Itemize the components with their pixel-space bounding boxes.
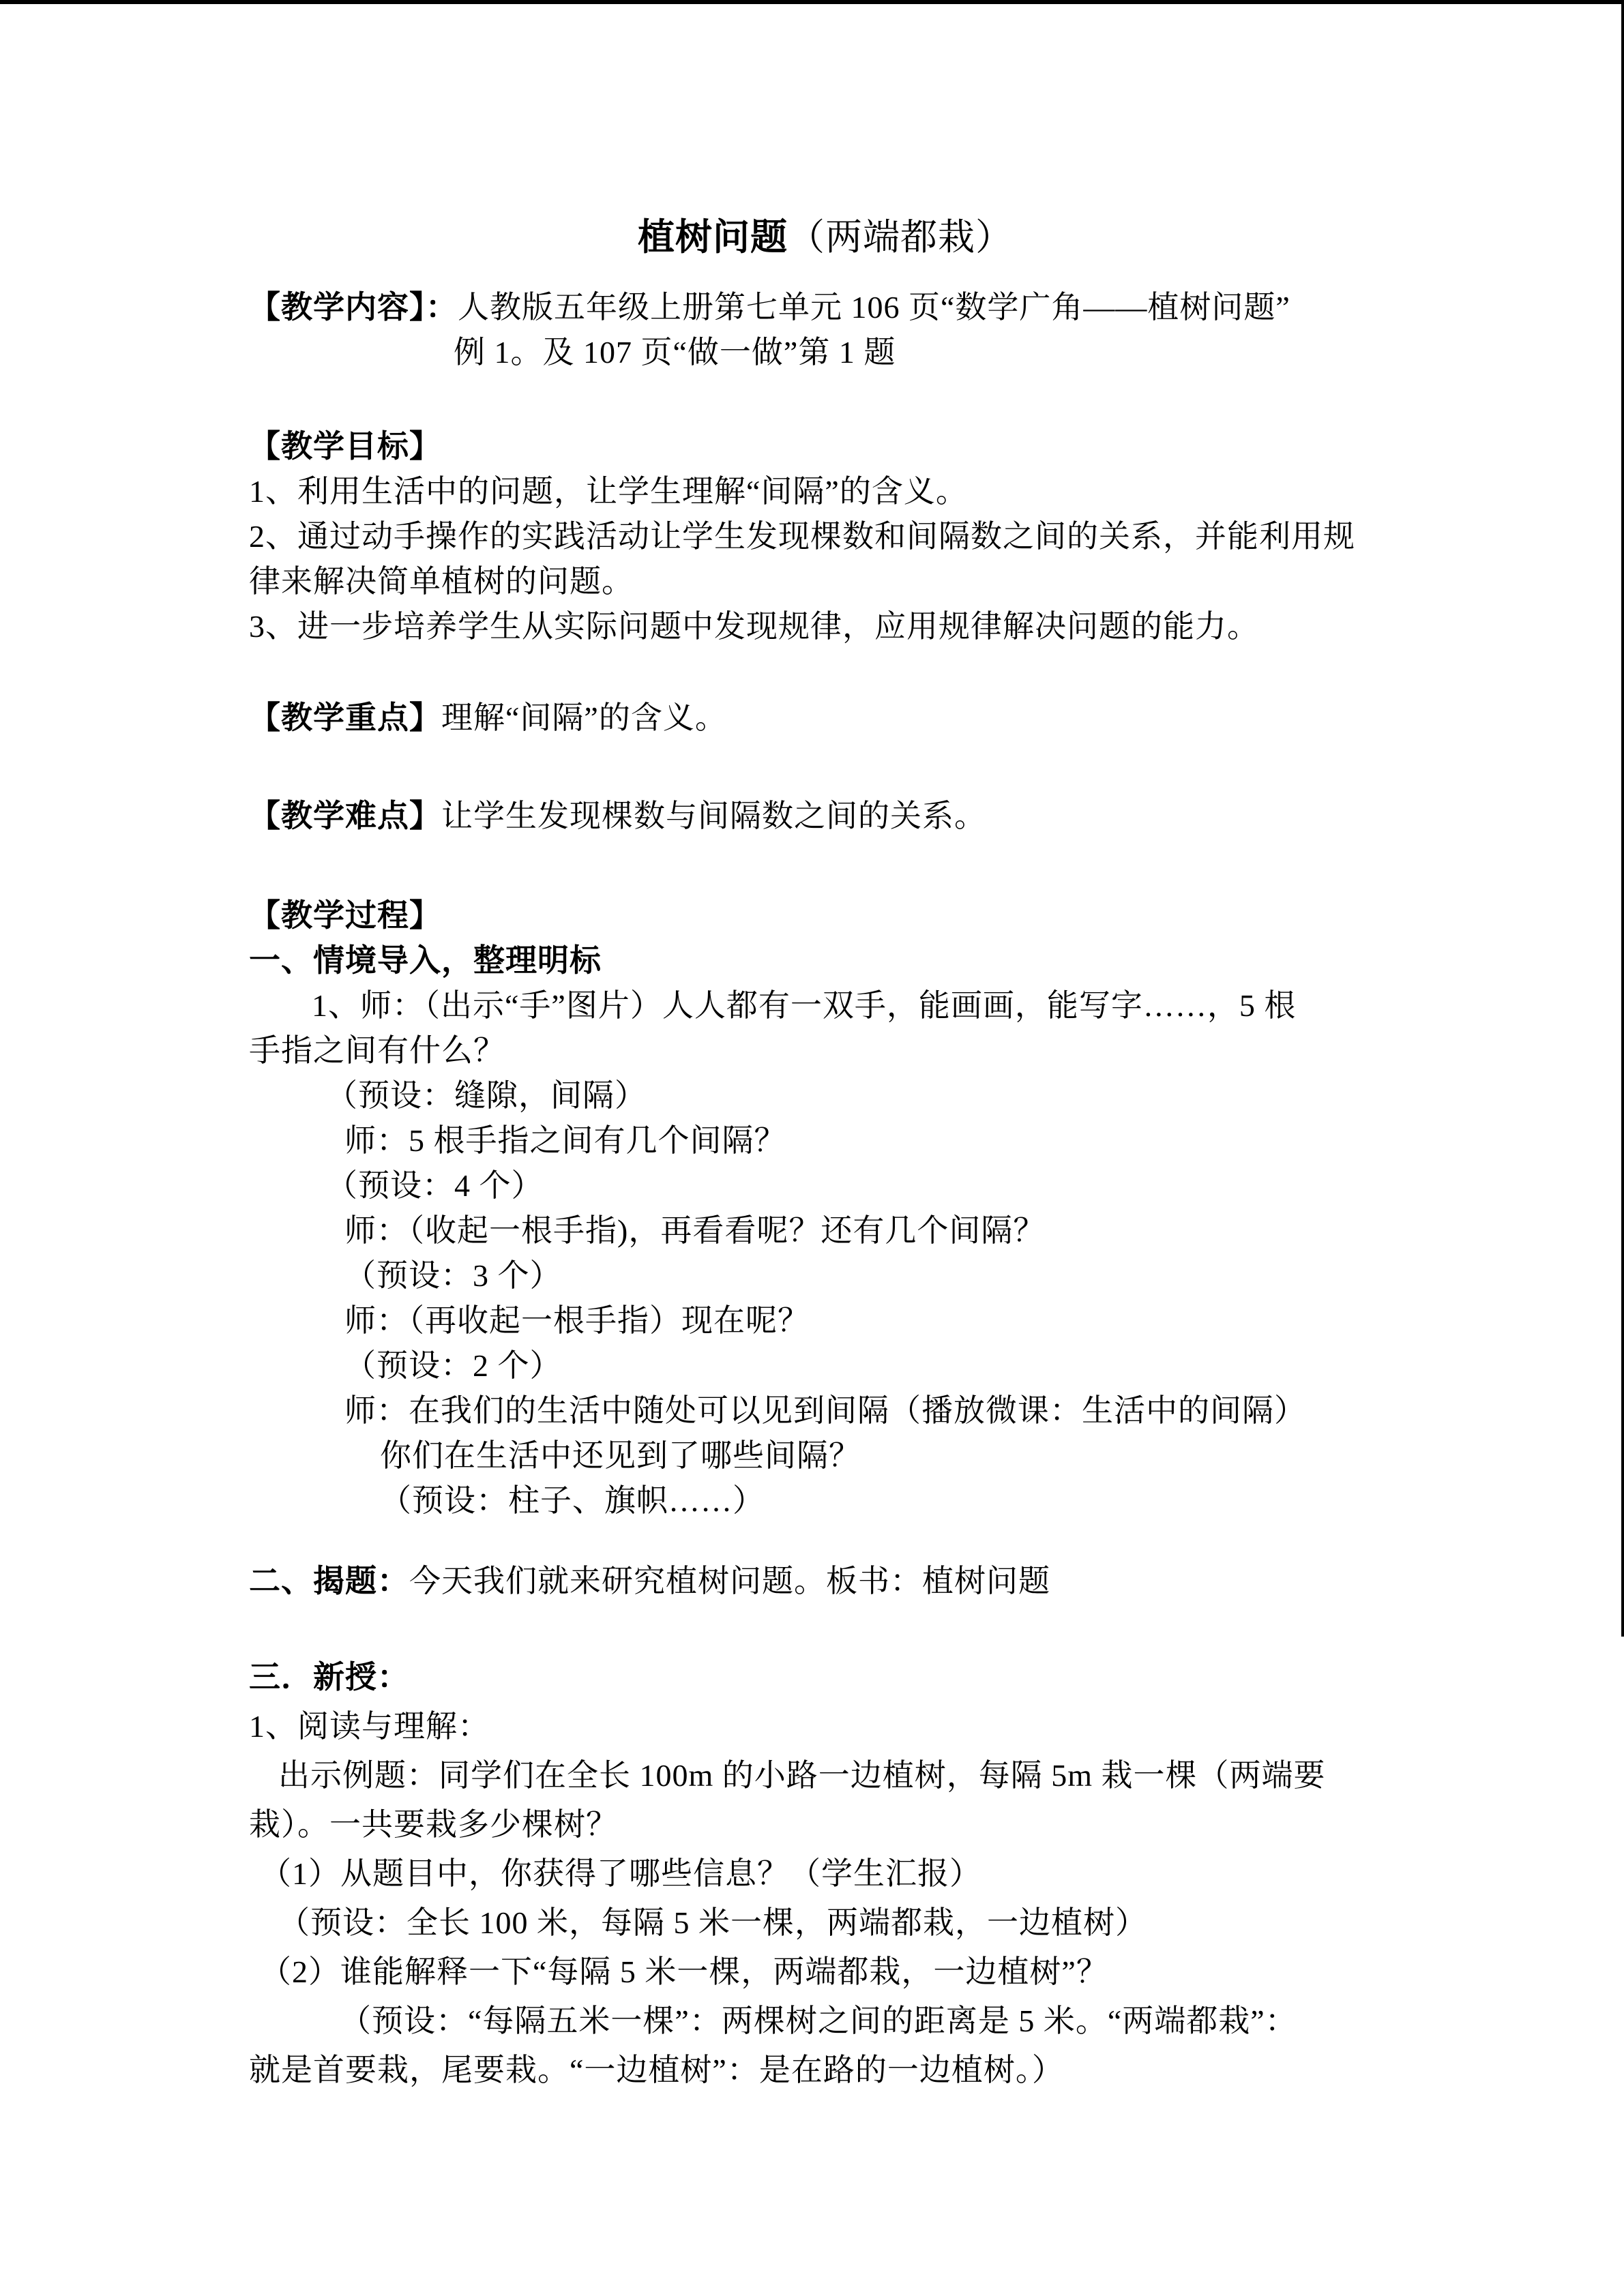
reveal-topic-text: 今天我们就来研究植树问题。板书：植树问题 (409, 1564, 1050, 1598)
process-line: （预设：柱子、旗帜……） (249, 1478, 1402, 1523)
teaching-difficulty-line: 【教学难点】让学生发现棵数与间隔数之间的关系。 (249, 794, 1402, 839)
document-page: 植树问题（两端都栽） 【教学内容】：人教版五年级上册第七单元 106 页“数学广… (249, 217, 1402, 2095)
teaching-key-point-text: 理解“间隔”的含义。 (441, 700, 727, 735)
page-title-sub: （两端都栽） (788, 217, 1013, 258)
teaching-process-label: 【教学过程】 (249, 893, 1402, 938)
reveal-topic-label: 二、揭题： (249, 1564, 409, 1598)
teaching-difficulty-text: 让学生发现棵数与间隔数之间的关系。 (441, 799, 986, 833)
teaching-goal-item: 3、进一步培养学生从实际问题中发现规律，应用规律解决问题的能力。 (249, 604, 1402, 649)
new-teaching-line: （2）谁能解释一下“每隔 5 米一棵，两端都栽，一边植树”？ (249, 1948, 1402, 1997)
teaching-content-line2: 例 1。及 107 页“做一做”第 1 题 (249, 330, 1402, 375)
new-teaching-line: 出示例题：同学们在全长 100m 的小路一边植树，每隔 5m 栽一棵（两端要 (249, 1751, 1402, 1800)
section-teaching-content: 【教学内容】：人教版五年级上册第七单元 106 页“数学广角——植树问题” 例 … (249, 285, 1402, 375)
process-line: （预设：3 个） (249, 1253, 1402, 1298)
teaching-content-label: 【教学内容】： (249, 290, 458, 325)
section-teaching-process: 【教学过程】 一、情境导入，整理明标 1、师：（出示“手”图片）人人都有一双手，… (249, 893, 1402, 1523)
process-line: 1、师：（出示“手”图片）人人都有一双手，能画画，能写字……，5 根 (249, 983, 1402, 1028)
section-reveal-topic: 二、揭题：今天我们就来研究植树问题。板书：植树问题 (249, 1559, 1402, 1604)
teaching-key-point-label: 【教学重点】 (249, 700, 441, 735)
teaching-content-text: 人教版五年级上册第七单元 106 页“数学广角——植树问题” (458, 290, 1290, 325)
new-teaching-line: 栽）。一共要栽多少棵树？ (249, 1800, 1402, 1849)
process-line: 手指之间有什么？ (249, 1028, 1402, 1073)
new-teaching-line: 就是首要栽，尾要栽。“一边植树”：是在路的一边植树。） (249, 2046, 1402, 2095)
page-title: 植树问题（两端都栽） (249, 217, 1402, 258)
reveal-topic-line: 二、揭题：今天我们就来研究植树问题。板书：植树问题 (249, 1559, 1402, 1604)
page-top-edge-artifact (0, 0, 1624, 4)
process-line: 师：在我们的生活中随处可以见到间隔（播放微课：生活中的间隔） (249, 1388, 1402, 1433)
section-teaching-goals: 【教学目标】 1、利用生活中的问题，让学生理解“间隔”的含义。 2、通过动手操作… (249, 424, 1402, 649)
teaching-goal-item: 2、通过动手操作的实践活动让学生发现棵数和间隔数之间的关系，并能利用规 (249, 514, 1402, 559)
process-line: （预设：2 个） (249, 1343, 1402, 1388)
process-line: 你们在生活中还见到了哪些间隔？ (249, 1433, 1402, 1478)
page-title-main: 植树问题 (638, 217, 788, 258)
process-line: （预设：缝隙，间隔） (249, 1073, 1402, 1118)
new-teaching-line: 1、阅读与理解： (249, 1702, 1402, 1751)
process-section-heading: 一、情境导入，整理明标 (249, 938, 1402, 983)
new-teaching-line: （预设：全长 100 米，每隔 5 米一棵，两端都栽，一边植树） (249, 1898, 1402, 1948)
teaching-key-point-line: 【教学重点】理解“间隔”的含义。 (249, 696, 1402, 741)
new-teaching-line: （1）从题目中，你获得了哪些信息？（学生汇报） (249, 1849, 1402, 1898)
section-teaching-key-point: 【教学重点】理解“间隔”的含义。 (249, 696, 1402, 741)
teaching-goal-item: 律来解决简单植树的问题。 (249, 559, 1402, 604)
section-teaching-difficulty: 【教学难点】让学生发现棵数与间隔数之间的关系。 (249, 794, 1402, 839)
teaching-goal-item: 1、利用生活中的问题，让学生理解“间隔”的含义。 (249, 469, 1402, 514)
process-line: （预设：4 个） (249, 1163, 1402, 1208)
process-line: 师：（再收起一根手指）现在呢？ (249, 1298, 1402, 1343)
process-line: 师：5 根手指之间有几个间隔？ (249, 1118, 1402, 1163)
teaching-content-line1: 【教学内容】：人教版五年级上册第七单元 106 页“数学广角——植树问题” (249, 285, 1402, 330)
process-line: 师：（收起一根手指)，再看看呢？还有几个间隔？ (249, 1208, 1402, 1253)
teaching-goals-label: 【教学目标】 (249, 424, 1402, 469)
section-new-teaching: 三．新授： 1、阅读与理解： 出示例题：同学们在全长 100m 的小路一边植树，… (249, 1653, 1402, 2095)
new-teaching-heading: 三．新授： (249, 1653, 1402, 1702)
teaching-difficulty-label: 【教学难点】 (249, 799, 441, 833)
new-teaching-line: （预设：“每隔五米一棵”：两棵树之间的距离是 5 米。“两端都栽”： (249, 1997, 1402, 2046)
page-right-edge-artifact (1621, 0, 1624, 1637)
